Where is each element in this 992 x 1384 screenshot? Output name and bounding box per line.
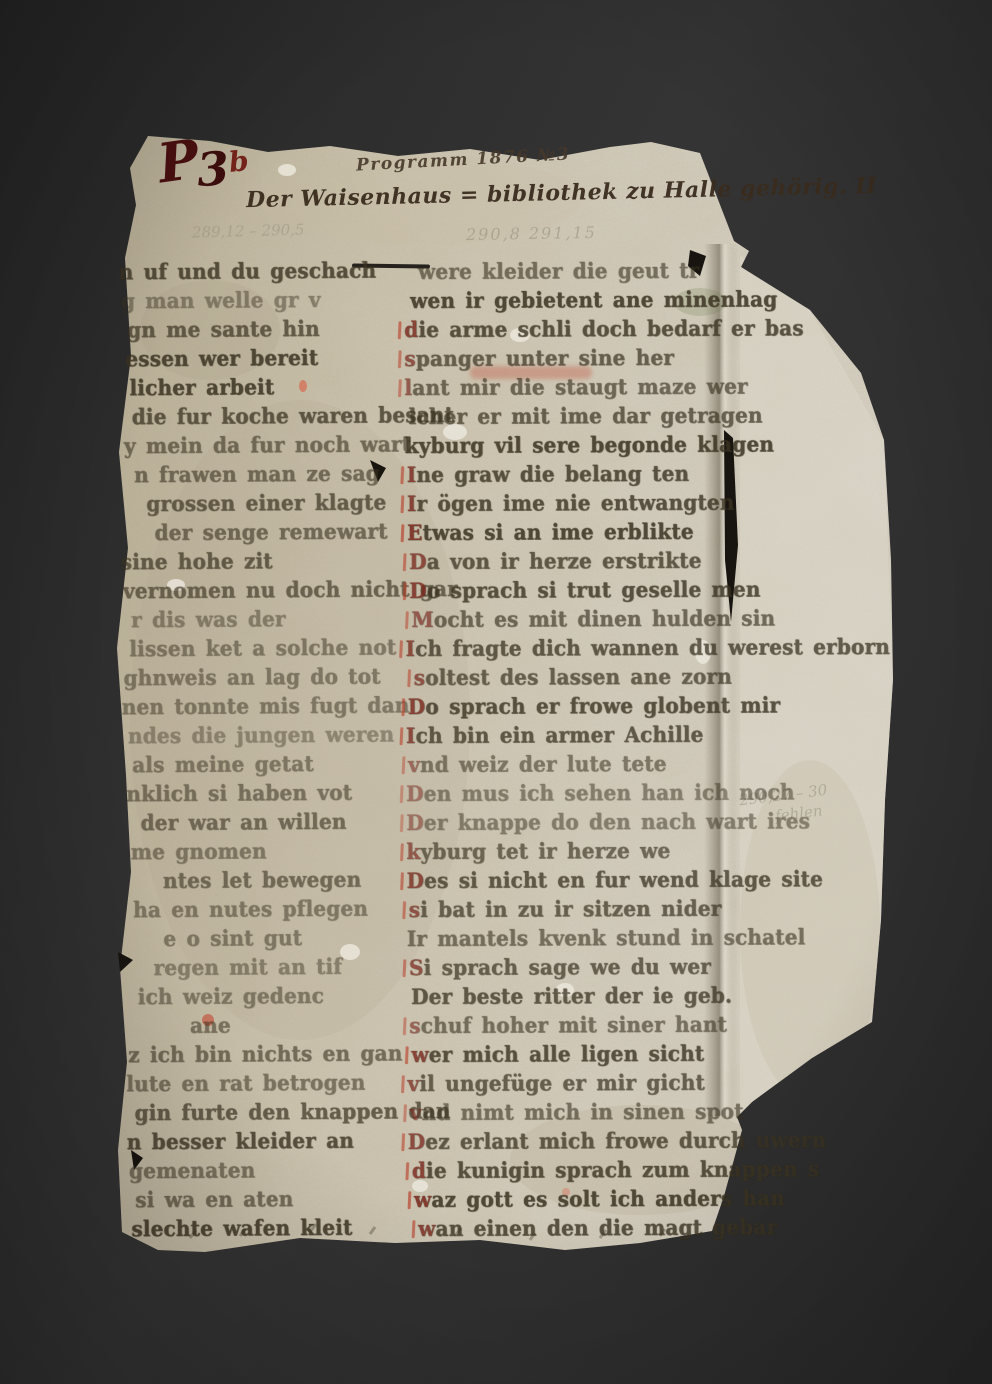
manuscript-line-text: Do sprach si trut geselle men [409, 574, 760, 606]
manuscript-line-text: vnd nimt mich in sinen spot [410, 1097, 744, 1129]
text-column-left: n uf und du geschach g man welle gr v gn… [119, 256, 416, 1244]
manuscript-line-text: nen tonnte mis fugt dan [122, 690, 410, 722]
manuscript-line-text: wen ir gebietent ane minenhag [410, 284, 777, 316]
manuscript-line: Mocht es mit dinen hulden sin [411, 604, 745, 636]
manuscript-line: essen wer bereit [125, 342, 409, 374]
manuscript-line: grossen einer klagte [146, 487, 410, 519]
manuscript-line: waz gott es solt ich anders han [414, 1184, 748, 1216]
manuscript-line: die arme schli doch bedarf er bas [404, 314, 744, 346]
manuscript-line-text: Der beste ritter der ie geb. [411, 981, 732, 1013]
manuscript-line: y mein da fur noch wart [124, 429, 410, 461]
manuscript-line: regen mit an tif [153, 951, 413, 983]
manuscript-line: Der beste ritter der ie geb. [411, 981, 747, 1013]
manuscript-line: lcher er mit ime dar getragen [408, 401, 744, 433]
manuscript-line: gemenaten [129, 1154, 415, 1186]
manuscript-line: were kleider die geut tr [418, 256, 744, 288]
pencil-note-center: 290,8 291,15 [466, 223, 597, 244]
manuscript-line-text: Dez erlant mich frowe durch uwern [408, 1125, 827, 1157]
pencil-note-left: 289,12 – 290,5 [192, 221, 305, 242]
manuscript-line: gn me sante hin [127, 313, 409, 345]
manuscript-line-text: si bat in zu ir sitzen nider [409, 894, 722, 926]
manuscript-line-text: ane [190, 1011, 231, 1042]
manuscript-line-text: Der knappe do den nach wart ires [406, 806, 810, 838]
manuscript-line: vnd weiz der lute tete [408, 749, 746, 781]
manuscript-line: Si sprach sage we du wer [409, 952, 747, 984]
manuscript-line-text: z ich bin nichts en gan [128, 1038, 403, 1070]
manuscript-line: me gnomen [131, 835, 413, 867]
manuscript-line: der senge remewart [154, 516, 410, 548]
manuscript-line-text: n uf und du geschach [119, 256, 377, 288]
manuscript-line-text: Da von ir herze erstrikte [409, 546, 702, 578]
manuscript-line-text: Ir mantels kvenk stund in schatel [407, 922, 806, 954]
manuscript-line-text: gemenaten [129, 1155, 256, 1186]
manuscript-line-text: Mocht es mit dinen hulden sin [411, 603, 775, 635]
manuscript-line: Do sprach si trut geselle men [409, 575, 745, 607]
shelfmark-suffix: b [228, 147, 250, 177]
manuscript-line-text: Des si nicht en fur wend klage site [407, 864, 824, 896]
manuscript-line-text: lissen ket a solche not [129, 632, 396, 664]
manuscript-line: soltest des lassen ane zorn [414, 662, 746, 694]
manuscript-line-text: ha en nutes pflegen [133, 894, 368, 926]
manuscript-line: kyburg vil sere begonde klagen [405, 430, 745, 462]
manuscript-line-text: Ine graw die belang ten [407, 459, 690, 491]
manuscript-line-text: Den mus ich sehen han ich noch [406, 777, 795, 809]
manuscript-line: n frawen man ze sag [134, 458, 410, 490]
manuscript-line: vnd nimt mich in sinen spot [410, 1097, 748, 1129]
manuscript-line-text: soltest des lassen ane zorn [414, 662, 732, 694]
manuscript-line: Der knappe do den nach wart ires [406, 807, 746, 839]
manuscript-line-text: die kunigin sprach zum knappen s [412, 1154, 820, 1186]
photograph-background: P 3 b Programm 1876 №3 Der Waisenhaus = … [0, 0, 992, 1384]
manuscript-line-text: wan einen den die magt gebar [418, 1212, 777, 1244]
manuscript-line: slechte wafen kleit [131, 1212, 415, 1244]
manuscript-line: die kunigin sprach zum knappen s [412, 1155, 748, 1187]
manuscript-line-text: were kleider die geut tr [418, 256, 700, 288]
manuscript-line-text: vnd weiz der lute tete [408, 749, 667, 781]
manuscript-line: wen ir gebietent ane minenhag [410, 285, 744, 317]
manuscript-line: spanger unter sine her [404, 343, 744, 375]
manuscript-line: lant mir die staugt maze wer [404, 372, 744, 404]
manuscript-line-text: waz gott es solt ich anders han [414, 1183, 785, 1215]
manuscript-line-text: g man welle gr v [121, 285, 321, 317]
manuscript-line: sine hohe zit [121, 545, 411, 577]
manuscript-line-text: Etwas si an ime erblikte [407, 517, 694, 549]
manuscript-line-text: ntes let bewegen [163, 865, 362, 897]
manuscript-line: wan einen den die magt gebar [418, 1213, 748, 1245]
manuscript-line: ntes let bewegen [163, 864, 413, 896]
manuscript-line: nklich si haben vot [126, 777, 412, 809]
manuscript-line: r dis was der [131, 603, 411, 635]
manuscript-line-text: slechte wafen kleit [131, 1213, 352, 1245]
shelfmark-digit: 3 [195, 145, 230, 193]
manuscript-line: Dez erlant mich frowe durch uwern [408, 1126, 748, 1158]
manuscript-line: Ir mantels kvenk stund in schatel [407, 923, 747, 955]
manuscript-line-text: als meine getat [132, 749, 314, 781]
manuscript-line-text: y mein da fur noch wart [124, 429, 411, 461]
manuscript-line: si bat in zu ir sitzen nider [409, 894, 747, 926]
manuscript-line-text: Si sprach sage we du wer [409, 952, 711, 984]
manuscript-line: licher arbeit [129, 371, 409, 403]
manuscript-line: g man welle gr v [121, 284, 409, 316]
manuscript-line-text: lant mir die staugt maze wer [404, 372, 747, 404]
manuscript-line-text: Do sprach er frowe globent mir [408, 690, 780, 722]
manuscript-line-text: me gnomen [131, 836, 267, 867]
manuscript-line: ich weiz gedenc [138, 980, 414, 1012]
manuscript-line-text: spanger unter sine her [404, 343, 674, 375]
manuscript-line: kyburg tet ir herze we [406, 836, 746, 868]
manuscript-line-text: vil ungefüge er mir gicht [407, 1068, 705, 1100]
manuscript-line-text: Ich fragte dich wannen du werest erborn [405, 632, 890, 665]
manuscript-line-text: si wa en aten [135, 1184, 293, 1216]
manuscript-line: Des si nicht en fur wend klage site [407, 865, 747, 897]
manuscript-line-text: kyburg vil sere begonde klagen [405, 429, 775, 461]
manuscript-line: schuf hoher mit siner hant [409, 1010, 747, 1042]
manuscript-line: als meine getat [132, 748, 412, 780]
manuscript-line: Ine graw die belang ten [407, 459, 745, 491]
manuscript-line: e o sint gut [163, 922, 413, 954]
shelfmark-letter-p: P [154, 131, 202, 190]
manuscript-line-text: die arme schli doch bedarf er bas [404, 313, 804, 345]
manuscript-line-text: wer mich alle ligen sicht [411, 1039, 704, 1071]
manuscript-line-text: der war an willen [140, 807, 346, 839]
manuscript-line: ane [190, 1009, 414, 1041]
manuscript-line-text: lute en rat betrogen [126, 1068, 365, 1100]
manuscript-line-text: n besser kleider an [127, 1126, 354, 1158]
manuscript-line-text: e o sint gut [163, 923, 302, 954]
manuscript-line: Da von ir herze erstrikte [409, 546, 745, 578]
manuscript-line: Ich fragte dich wannen du werest erborn [405, 633, 745, 665]
manuscript-line-text: gn me sante hin [127, 314, 320, 346]
manuscript-line-text: r dis was der [131, 604, 286, 636]
manuscript-line: ndes die jungen weren [128, 719, 412, 751]
manuscript-line: Den mus ich sehen han ich noch [406, 778, 746, 810]
manuscript-line: z ich bin nichts en gan [128, 1038, 414, 1070]
manuscript-line-text: sine hohe zit [121, 546, 273, 578]
manuscript-line-text: licher arbeit [129, 372, 274, 403]
manuscript-line-text: ich weiz gedenc [138, 981, 324, 1013]
manuscript-line-text: ndes die jungen weren [128, 719, 394, 751]
manuscript-line: gin furte den knappen dan [134, 1096, 414, 1128]
manuscript-line: die fur koche waren besant [132, 400, 410, 432]
manuscript-line: nen tonnte mis fugt dan [122, 690, 412, 722]
manuscript-line: ha en nutes pflegen [133, 893, 413, 925]
manuscript-line-text: ghnweis an lag do tot [123, 661, 380, 693]
manuscript-line: Do sprach er frowe globent mir [408, 691, 746, 723]
manuscript-line: der war an willen [140, 806, 412, 838]
manuscript-line-text: lcher er mit ime dar getragen [408, 400, 762, 432]
manuscript-line: n besser kleider an [127, 1125, 415, 1157]
manuscript-line: vernomen nu doch nicht gar [123, 574, 411, 606]
manuscript-line-text: essen wer bereit [125, 343, 318, 375]
text-column-right: were kleider die geut tr wen ir gebieten… [404, 256, 748, 1243]
manuscript-line: lissen ket a solche not [129, 632, 411, 664]
manuscript-line-text: grossen einer klagte [146, 487, 386, 519]
manuscript-line: ghnweis an lag do tot [123, 661, 411, 693]
manuscript-line: vil ungefüge er mir gicht [407, 1068, 747, 1100]
manuscript-line-text: Ich bin ein armer Achille [406, 720, 704, 752]
manuscript-line-text: regen mit an tif [153, 952, 342, 984]
manuscript-line-text: Ir ögen ime nie entwangten [407, 488, 735, 520]
manuscript-line: n uf und du geschach [119, 255, 409, 287]
manuscript-line: Etwas si an ime erblikte [407, 517, 745, 549]
manuscript-line-text: der senge remewart [154, 516, 387, 548]
manuscript-line-text: n frawen man ze sag [134, 458, 380, 490]
manuscript-line-text: nklich si haben vot [126, 778, 352, 810]
manuscript-line: si wa en aten [135, 1183, 415, 1215]
manuscript-line: wer mich alle ligen sicht [411, 1039, 747, 1071]
manuscript-line: Ir ögen ime nie entwangten [407, 488, 745, 520]
manuscript-line: Ich bin ein armer Achille [406, 720, 746, 752]
manuscript-line-text: schuf hoher mit siner hant [409, 1010, 727, 1042]
manuscript-line: lute en rat betrogen [126, 1067, 414, 1099]
manuscript-line-text: kyburg tet ir herze we [406, 836, 670, 868]
